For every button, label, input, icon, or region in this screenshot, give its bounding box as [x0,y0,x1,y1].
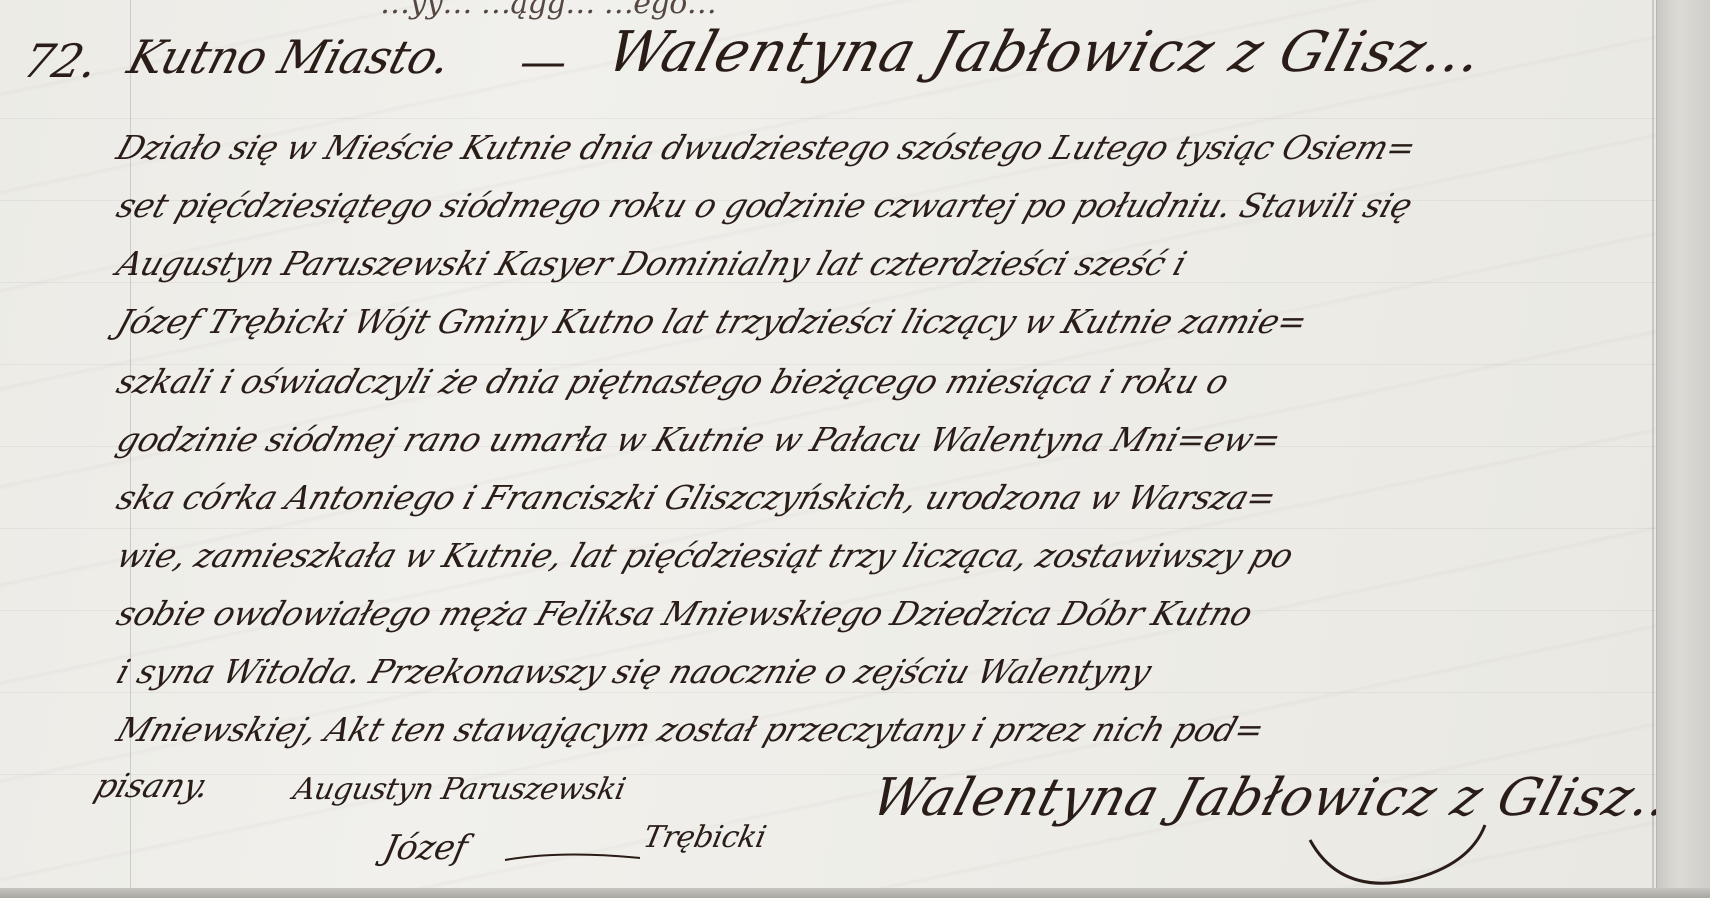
body-line: Józef Trębicki Wójt Gminy Kutno lat trzy… [112,302,1312,341]
body-line: Działo się w Mieście Kutnie dnia dwudzie… [112,128,1421,167]
ruled-line [0,692,1656,693]
page-edge [1656,0,1710,898]
page-bottom-edge [0,888,1710,898]
page-fold [1652,0,1654,892]
signature-official: Walentyna Jabłowicz z Glisz… [865,768,1660,828]
body-line: godzinie siódmej rano umarła w Kutnie w … [112,420,1286,459]
body-line: Mniewskiej, Akt ten stawającym został pr… [112,710,1269,749]
signature-witness-2-last: Trębicki [640,820,769,855]
body-line: pisany. [90,766,215,805]
body-line: sobie owdowiałego męża Feliksa Mniewskie… [112,594,1258,633]
ruled-line [0,118,1656,119]
body-line: szkali i oświadczyli że dnia piętnastego… [112,362,1234,401]
body-line: wie, zamieszkała w Kutnie, lat pięćdzies… [112,536,1298,575]
body-line: ska córka Antoniego i Franciszki Gliszcz… [112,478,1281,517]
signature-witness-2-first: Józef [380,828,471,868]
ruled-line [0,528,1656,529]
body-line: i syna Witolda. Przekonawszy się naoczni… [112,652,1156,691]
heading-dash: — [520,34,566,88]
deceased-heading: Walentyna Jabłowicz z Glisz… [600,20,1491,85]
entry-number: 72. [18,34,103,88]
body-line: set pięćdziesiątego siódmego roku o godz… [112,186,1417,225]
signature-flourish-icon [1300,820,1500,892]
document-page: …yy… …ągg… …ego… 72. Kutno Miasto. — Wal… [0,0,1660,892]
previous-entry-fragment: …yy… …ągg… …ego… [380,0,716,21]
signature-underline-icon [500,848,650,868]
place-name: Kutno Miasto. [122,30,457,84]
signature-witness-1: Augustyn Paruszewski [290,772,628,807]
body-line: Augustyn Paruszewski Kasyer Dominialny l… [112,244,1191,283]
